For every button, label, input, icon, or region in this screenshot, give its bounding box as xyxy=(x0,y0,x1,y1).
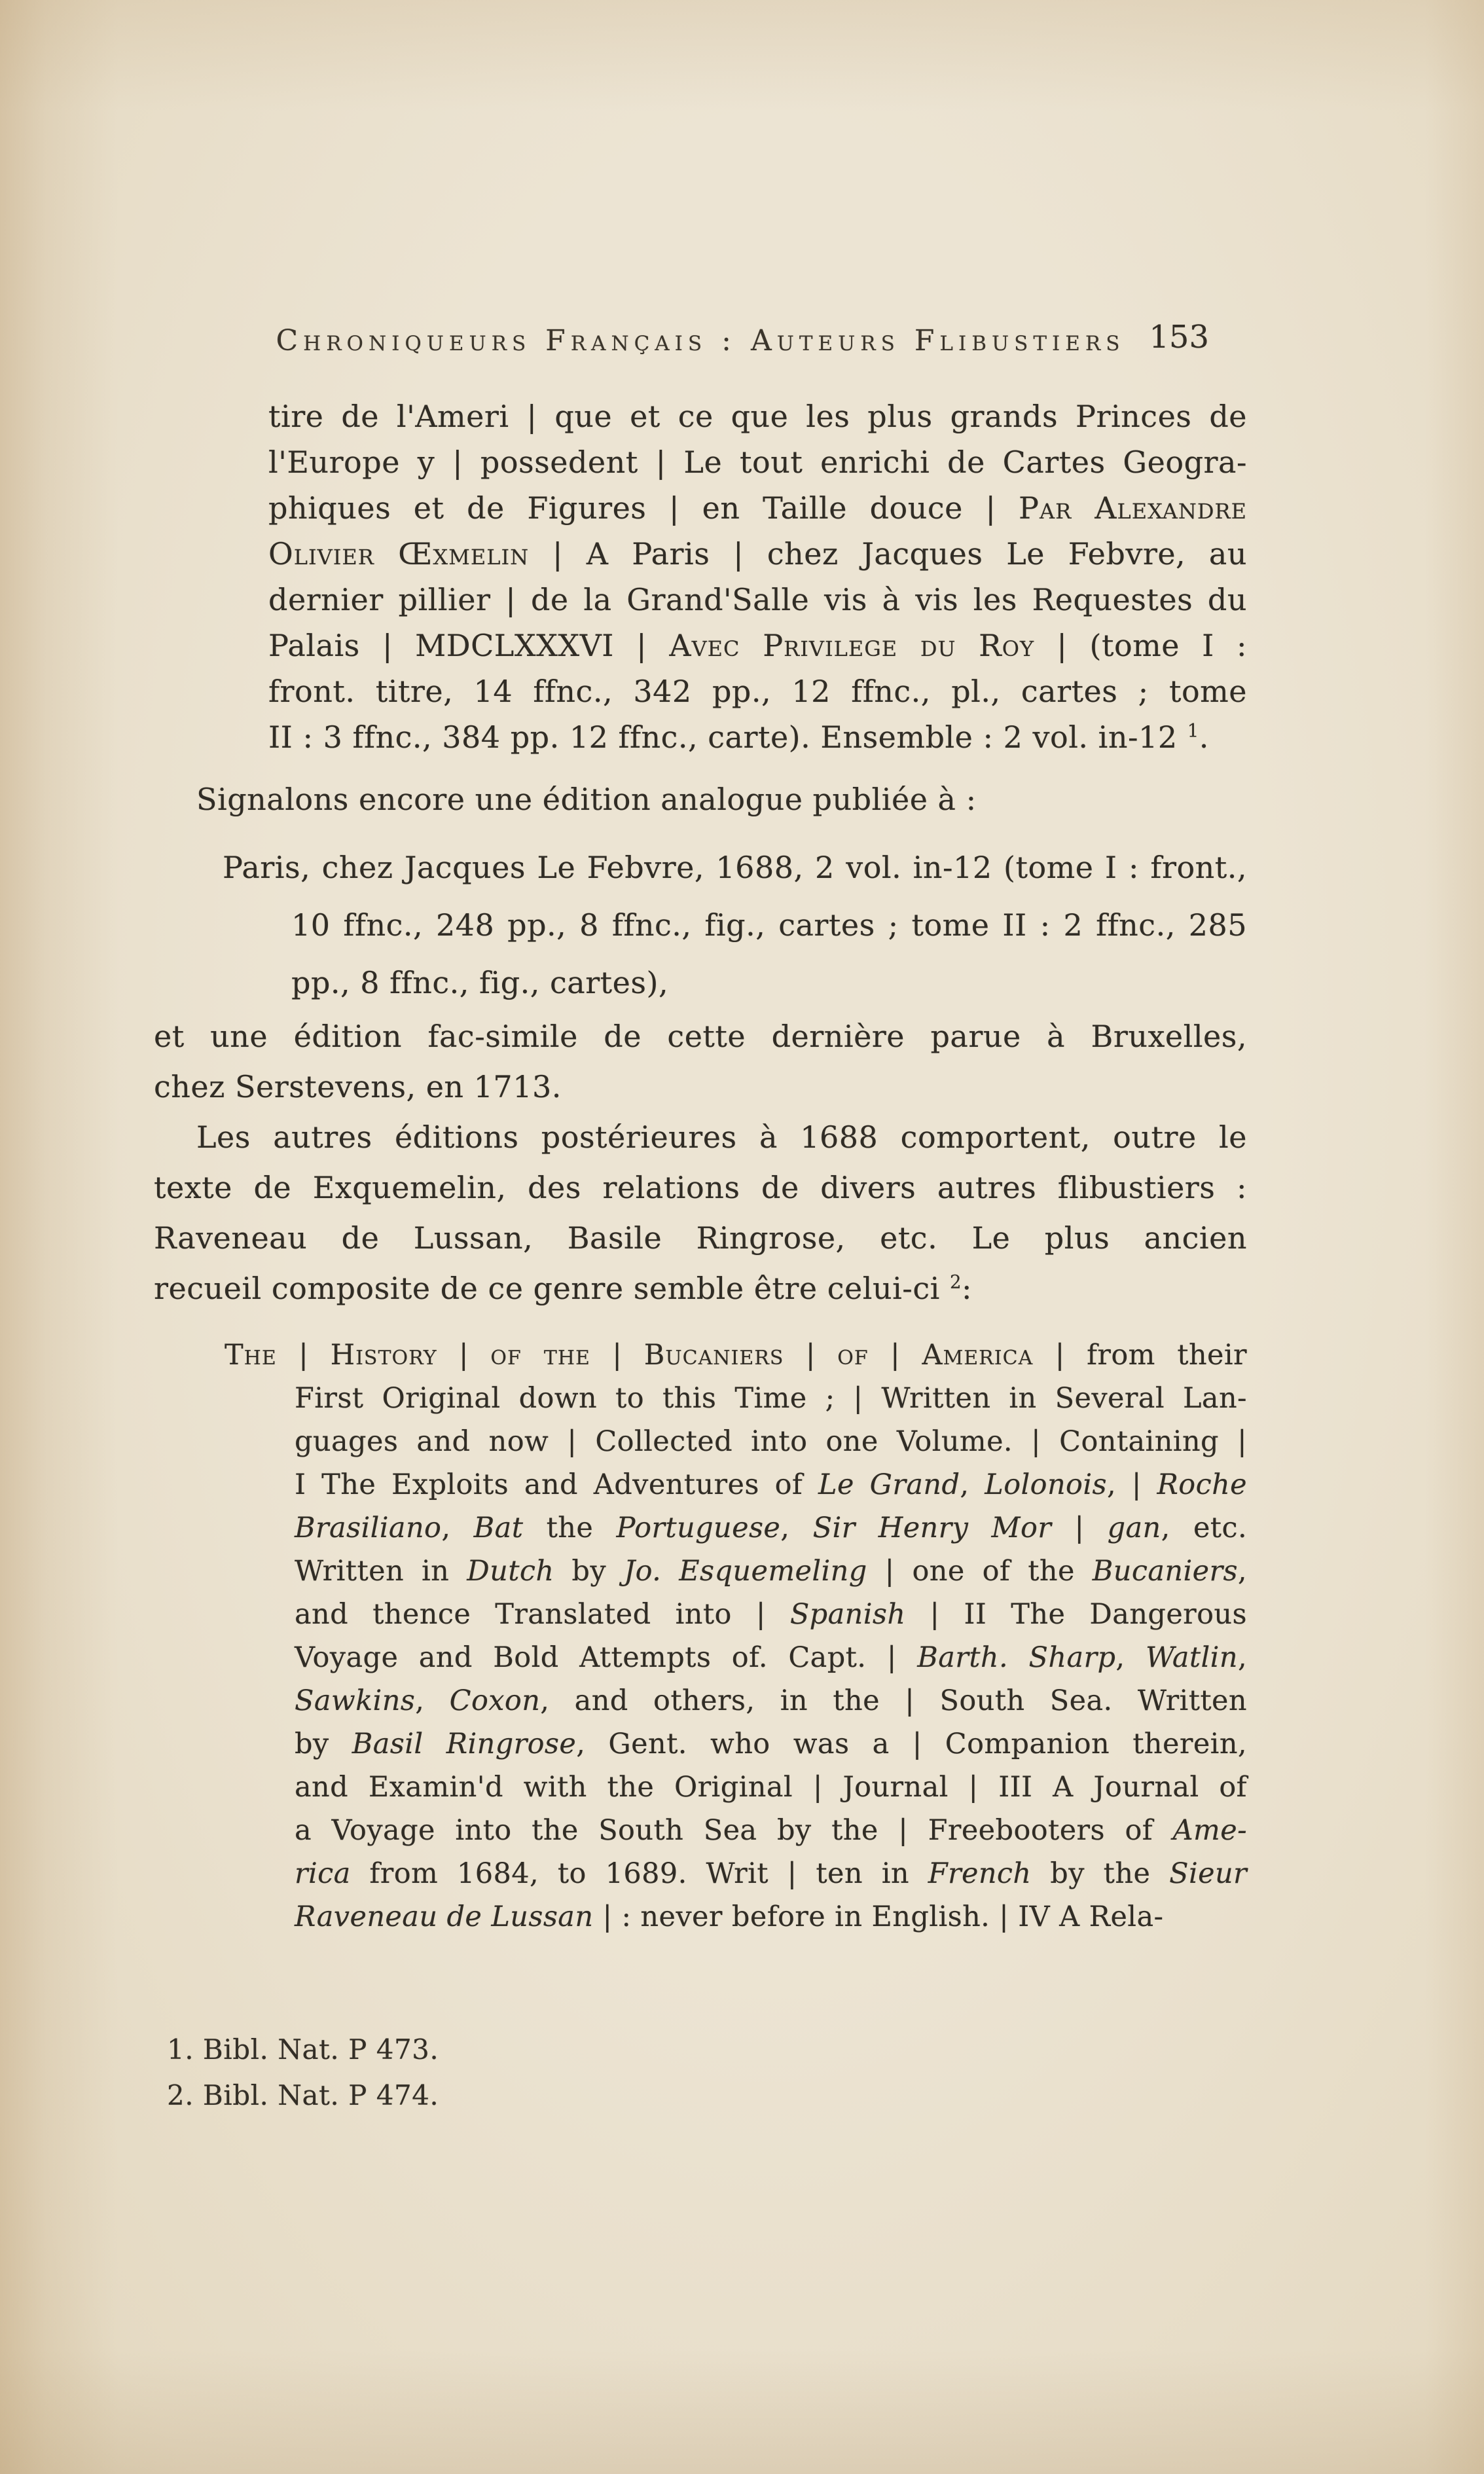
text-run: pp., 8 ffnc., fig., cartes), xyxy=(291,965,668,1000)
text-run: French xyxy=(928,1857,1032,1890)
text-run: Basil Ringrose xyxy=(352,1728,576,1760)
text-run: Brasiliano xyxy=(295,1512,441,1544)
footnotes: 1. Bibl. Nat. P 473. 2. Bibl. Nat. P 474… xyxy=(154,2027,1247,2119)
text-run: of the xyxy=(490,1339,590,1372)
paragraph-facsimile: et une édition fac-simile de cette derni… xyxy=(154,1011,1247,1112)
text-run: , xyxy=(780,1512,812,1544)
text-run: , etc. xyxy=(1161,1512,1247,1544)
text-line: Olivier Œxmelin | A Paris | chez Jacques… xyxy=(268,531,1247,577)
page-header: Chroniqueurs Français : Auteurs Flibusti… xyxy=(154,324,1247,367)
text-run: | xyxy=(590,1339,644,1372)
text-run: History xyxy=(331,1339,437,1372)
text-run: Les autres éditions postérieures à 1688 … xyxy=(196,1119,1247,1155)
text-run: , Gent. who was a | Companion therein, xyxy=(576,1728,1247,1760)
text-run: Spanish xyxy=(790,1598,906,1631)
text-column: Chroniqueurs Français : Auteurs Flibusti… xyxy=(154,0,1247,2119)
text-run: Le Grand xyxy=(818,1468,960,1501)
text-line: guages and now | Collected into one Volu… xyxy=(295,1420,1247,1463)
text-run: rica xyxy=(295,1857,351,1890)
text-run: Bucaniers xyxy=(644,1339,784,1372)
text-line: dernier pillier | de la Grand'Salle vis … xyxy=(268,577,1247,623)
text-line: a Voyage into the South Sea by the | Fre… xyxy=(295,1809,1247,1852)
text-line: pp., 8 ffnc., fig., cartes), xyxy=(291,954,1247,1011)
text-run: | xyxy=(277,1339,331,1372)
text-run: | xyxy=(784,1339,837,1372)
text-run: , xyxy=(415,1684,449,1717)
text-run: Roche xyxy=(1157,1468,1248,1501)
bibliography-entry-bucaniers: The | History | of the | Bucaniers | of … xyxy=(154,1334,1247,1938)
text-run: Barth. Sharp xyxy=(917,1641,1115,1674)
text-line: Brasiliano, Bat the Portuguese, Sir Henr… xyxy=(295,1506,1247,1550)
text-run: Sieur xyxy=(1169,1857,1247,1890)
text-run: by xyxy=(554,1555,624,1588)
text-run: Avec Privilege du Roy xyxy=(669,628,1034,663)
text-line: and Examin'd with the Original | Journal… xyxy=(295,1766,1247,1809)
text-run: 10 ffnc., 248 pp., 8 ffnc., fig., cartes… xyxy=(291,907,1247,943)
text-run: Dutch xyxy=(467,1555,554,1588)
running-title: Chroniqueurs Français : Auteurs Flibusti… xyxy=(154,324,1247,357)
text-line: First Original down to this Time ; | Wri… xyxy=(295,1377,1247,1420)
text-run: | (tome I : xyxy=(1034,628,1247,663)
text-run: phiques et de Figures | en Taille douce … xyxy=(268,490,1019,526)
text-run: dernier pillier | de la Grand'Salle vis … xyxy=(268,582,1247,617)
text-line: rica from 1684, to 1689. Writ | ten in F… xyxy=(295,1852,1247,1895)
footnote-marker: 2 xyxy=(950,1271,962,1293)
scanned-page: Chroniqueurs Français : Auteurs Flibusti… xyxy=(0,0,1484,2474)
text-line: Palais | MDCLXXXVI | Avec Privilege du R… xyxy=(268,623,1247,668)
text-line: Raveneau de Lussan | : never before in E… xyxy=(295,1895,1247,1938)
text-run: by the xyxy=(1032,1857,1170,1890)
text-run: America xyxy=(922,1339,1034,1372)
text-run: Raveneau de Lussan xyxy=(295,1901,593,1933)
text-line: recueil composite de ce genre semble êtr… xyxy=(154,1264,1247,1314)
text-run: First Original down to this Time ; | Wri… xyxy=(295,1382,1247,1415)
text-run: | : never before in English. | IV A Rela… xyxy=(593,1901,1163,1933)
text-run: guages and now | Collected into one Volu… xyxy=(295,1425,1247,1458)
text-run: . xyxy=(1199,719,1209,755)
text-line: by Basil Ringrose, Gent. who was a | Com… xyxy=(295,1722,1247,1766)
text-run: Coxon xyxy=(450,1684,541,1717)
bibliography-entry-1688: Paris, chez Jacques Le Febvre, 1688, 2 v… xyxy=(154,839,1247,1011)
text-line: chez Serstevens, en 1713. xyxy=(154,1062,1247,1112)
text-run: l'Europe y | possedent | Le tout enrichi… xyxy=(268,445,1247,480)
text-line: Les autres éditions postérieures à 1688 … xyxy=(154,1112,1247,1163)
text-run: Bat xyxy=(474,1512,524,1544)
text-line: Raveneau de Lussan, Basile Ringrose, etc… xyxy=(154,1213,1247,1264)
text-run: Bucaniers xyxy=(1093,1555,1238,1588)
text-run: , xyxy=(960,1468,985,1501)
text-run: , and others, in the | South Sea. Writte… xyxy=(540,1684,1247,1717)
text-line: Paris, chez Jacques Le Febvre, 1688, 2 v… xyxy=(223,839,1247,896)
text-run: texte de Exquemelin, des relations de di… xyxy=(154,1170,1247,1205)
text-line: et une édition fac-simile de cette derni… xyxy=(154,1011,1247,1062)
text-run: Sawkins xyxy=(295,1684,415,1717)
text-run: Jo. Esquemeling xyxy=(624,1555,867,1588)
text-run: | from their xyxy=(1033,1339,1247,1372)
text-run: Lolonois xyxy=(985,1468,1107,1501)
text-line: tire de l'Ameri | que et ce que les plus… xyxy=(268,393,1247,439)
text-run: Portuguese xyxy=(616,1512,780,1544)
text-run: | xyxy=(869,1339,922,1372)
text-line: Sawkins, Coxon, and others, in the | Sou… xyxy=(295,1679,1247,1722)
text-run: | II The Dangerous xyxy=(905,1598,1247,1631)
footnote-2: 2. Bibl. Nat. P 474. xyxy=(167,2073,1247,2119)
text-run: Sir Henry Mor xyxy=(813,1512,1052,1544)
text-run: Voyage and Bold Attempts of. Capt. | xyxy=(295,1641,917,1674)
text-run: Palais | MDCLXXXVI | xyxy=(268,628,669,663)
text-run: : xyxy=(962,1271,972,1306)
text-run: chez Serstevens, en 1713. xyxy=(154,1069,562,1104)
page-number: 153 xyxy=(1149,319,1209,355)
text-run: Watlin xyxy=(1146,1641,1238,1674)
text-line: 10 ffnc., 248 pp., 8 ffnc., fig., cartes… xyxy=(291,896,1247,954)
text-run: tire de l'Ameri | que et ce que les plus… xyxy=(268,399,1247,434)
text-line: l'Europe y | possedent | Le tout enrichi… xyxy=(268,439,1247,485)
text-run: the xyxy=(523,1512,616,1544)
text-line: front. titre, 14 ffnc., 342 pp., 12 ffnc… xyxy=(268,668,1247,714)
text-line: II : 3 ffnc., 384 pp. 12 ffnc., carte). … xyxy=(268,714,1247,760)
text-run: gan xyxy=(1108,1512,1161,1544)
text-line: texte de Exquemelin, des relations de di… xyxy=(154,1163,1247,1213)
text-run: , xyxy=(1238,1641,1247,1674)
paragraph-autres-editions: Les autres éditions postérieures à 1688 … xyxy=(154,1112,1247,1314)
text-run: and Examin'd with the Original | Journal… xyxy=(295,1771,1247,1804)
text-line: Written in Dutch by Jo. Esquemeling | on… xyxy=(295,1550,1247,1593)
text-run: recueil composite de ce genre semble êtr… xyxy=(154,1271,950,1306)
footnote-1: 1. Bibl. Nat. P 473. xyxy=(167,2027,1247,2073)
text-run: Ame- xyxy=(1173,1814,1247,1847)
text-run: , | xyxy=(1107,1468,1157,1501)
text-line: Voyage and Bold Attempts of. Capt. | Bar… xyxy=(295,1636,1247,1679)
text-run: I The Exploits and Adventures of xyxy=(295,1468,818,1501)
text-run: a Voyage into the South Sea by the | Fre… xyxy=(295,1814,1173,1847)
text-line: and thence Translated into | Spanish | I… xyxy=(295,1593,1247,1636)
text-line: The | History | of the | Bucaniers | of … xyxy=(225,1334,1247,1377)
text-run: Olivier Œxmelin xyxy=(268,536,529,572)
text-run: Signalons encore une édition analogue pu… xyxy=(196,782,977,817)
text-run: Raveneau de Lussan, Basile Ringrose, etc… xyxy=(154,1220,1247,1256)
text-run: II : 3 ffnc., 384 pp. 12 ffnc., carte). … xyxy=(268,719,1187,755)
text-run: of xyxy=(837,1339,868,1372)
text-run: and thence Translated into | xyxy=(295,1598,790,1631)
text-run: The xyxy=(225,1339,277,1372)
text-run: et une édition fac-simile de cette derni… xyxy=(154,1019,1247,1054)
text-run: | xyxy=(1051,1512,1107,1544)
text-run: front. titre, 14 ffnc., 342 pp., 12 ffnc… xyxy=(268,674,1247,709)
text-line: phiques et de Figures | en Taille douce … xyxy=(268,485,1247,531)
bibliography-entry-oexmelin-1686: tire de l'Ameri | que et ce que les plus… xyxy=(154,393,1247,760)
text-run: from 1684, to 1689. Writ | ten in xyxy=(351,1857,928,1890)
text-run: , xyxy=(1238,1555,1247,1588)
text-run: , xyxy=(1115,1641,1146,1674)
text-line: I The Exploits and Adventures of Le Gran… xyxy=(295,1463,1247,1506)
text-run: , xyxy=(441,1512,473,1544)
text-run: by xyxy=(295,1728,352,1760)
text-run: Paris, chez Jacques Le Febvre, 1688, 2 v… xyxy=(223,850,1247,885)
footnote-marker: 1 xyxy=(1187,720,1199,742)
text-run: | xyxy=(437,1339,491,1372)
text-line: Signalons encore une édition analogue pu… xyxy=(154,776,1247,822)
text-run: Written in xyxy=(295,1555,467,1588)
text-run: | one of the xyxy=(867,1555,1093,1588)
paragraph-signalons: Signalons encore une édition analogue pu… xyxy=(154,776,1247,822)
text-run: Par Alexandre xyxy=(1019,490,1247,526)
text-run: | A Paris | chez Jacques Le Febvre, au xyxy=(529,536,1247,572)
